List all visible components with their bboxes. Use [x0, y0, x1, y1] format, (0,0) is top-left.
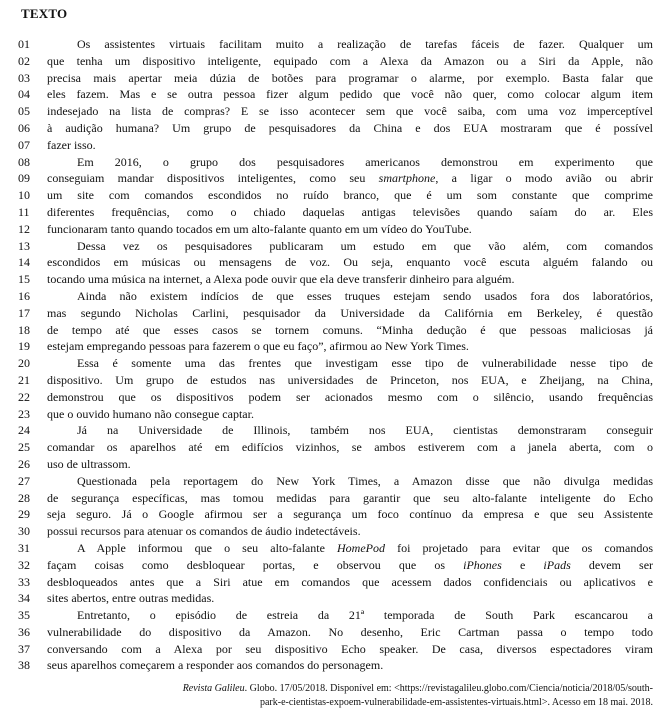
line-text: de tempo até que esses casos se tornem c… — [47, 322, 653, 339]
text-line: 15tocando uma música na internet, a Alex… — [0, 271, 668, 288]
line-text: possui recursos para atenuar os comandos… — [47, 523, 653, 540]
page-title: TEXTO — [21, 6, 67, 22]
line-number: 13 — [18, 238, 47, 255]
text-segment: foi projetado para evitar que os comando… — [385, 541, 653, 555]
text-line: 22demonstrou que os dispositivos podem s… — [0, 389, 668, 406]
text-line: 11diferentes frequências, como o chiado … — [0, 204, 668, 221]
text-segment: Questionada pela reportagem do New York … — [77, 474, 653, 488]
line-number: 02 — [18, 53, 47, 70]
line-text: Questionada pela reportagem do New York … — [47, 473, 653, 490]
text-segment: , a ligar o modo avião ou abrir — [435, 171, 653, 185]
text-body: 01Os assistentes virtuais facilitam muit… — [0, 36, 668, 674]
line-number: 32 — [18, 557, 47, 574]
text-segment: desbloqueados antes que a Siri atue em c… — [47, 575, 653, 589]
line-text: fazer isso. — [47, 137, 653, 154]
text-segment: Os assistentes virtuais facilitam muito … — [77, 37, 653, 51]
text-line: 33desbloqueados antes que a Siri atue em… — [0, 574, 668, 591]
line-text: demonstrou que os dispositivos podem ser… — [47, 389, 653, 406]
text-line: 19estejam empregando pessoas para fazere… — [0, 338, 668, 355]
line-text: precisa mais apertar meia dúzia de botõe… — [47, 70, 653, 87]
text-segment: eles fazem. Mas e se outra pessoa fizer … — [47, 87, 653, 101]
line-text: seus aparelhos começarem a responder aos… — [47, 657, 653, 674]
text-segment: funcionaram tanto quando tocados em um a… — [47, 222, 472, 236]
line-text: Essa é somente uma das frentes que inves… — [47, 355, 653, 372]
text-line: 23que o ouvido humano não consegue capta… — [0, 406, 668, 423]
text-line: 26uso de ultrassom. — [0, 456, 668, 473]
line-text: Já na Universidade de Illinois, também n… — [47, 422, 653, 439]
text-segment: um site com comandos escondidos no ruído… — [47, 188, 653, 202]
text-segment: devem ser — [571, 558, 653, 572]
line-text: que tenha um dispositivo inteligente, eq… — [47, 53, 653, 70]
text-segment: A Apple informou que o seu alto-falante — [77, 541, 337, 555]
line-text: um site com comandos escondidos no ruído… — [47, 187, 653, 204]
line-number: 10 — [18, 187, 47, 204]
line-text: uso de ultrassom. — [47, 456, 653, 473]
line-number: 12 — [18, 221, 47, 238]
line-text: conseguiam mandar dispositivos inteligen… — [47, 170, 653, 187]
text-line: 20Essa é somente uma das frentes que inv… — [0, 355, 668, 372]
line-number: 20 — [18, 355, 47, 372]
text-segment: conseguiam mandar dispositivos inteligen… — [47, 171, 379, 185]
italic-text: iPhones — [463, 558, 502, 572]
text-segment: comandar os aparelhos até em edifícios v… — [47, 440, 653, 454]
line-text: estejam empregando pessoas para fazerem … — [47, 338, 653, 355]
text-line: 30possui recursos para atenuar os comand… — [0, 523, 668, 540]
line-text: conversando com a Alexa por seu disposit… — [47, 641, 653, 658]
text-line: 06à audição humana? Um grupo de pesquisa… — [0, 120, 668, 137]
line-text: mas segundo Nicholas Carlini, pesquisado… — [47, 305, 653, 322]
line-number: 03 — [18, 70, 47, 87]
text-segment: seus aparelhos começarem a responder aos… — [47, 658, 383, 672]
text-segment: Entretanto, o episódio de estreia da 21ª… — [77, 608, 653, 622]
line-number: 01 — [18, 36, 47, 53]
text-segment: indesejado na lista de compras? E se iss… — [47, 104, 653, 118]
line-text: A Apple informou que o seu alto-falante … — [47, 540, 653, 557]
line-text: indesejado na lista de compras? E se iss… — [47, 103, 653, 120]
text-segment: conversando com a Alexa por seu disposit… — [47, 642, 653, 656]
text-line: 34sites abertos, entre outras medidas. — [0, 590, 668, 607]
text-line: 16Ainda não existem indícios de que esse… — [0, 288, 668, 305]
text-segment: à audição humana? Um grupo de pesquisado… — [47, 121, 653, 135]
line-text: Ainda não existem indícios de que esses … — [47, 288, 653, 305]
line-text: Entretanto, o episódio de estreia da 21ª… — [47, 607, 653, 624]
text-line: 18de tempo até que esses casos se tornem… — [0, 322, 668, 339]
italic-text: iPads — [543, 558, 570, 572]
text-segment: vulnerabilidade do dispositivo da Amazon… — [47, 625, 653, 639]
line-number: 31 — [18, 540, 47, 557]
line-number: 33 — [18, 574, 47, 591]
text-line: 03precisa mais apertar meia dúzia de bot… — [0, 70, 668, 87]
text-line: 29seja seguro. Já o Google afirmou ser a… — [0, 506, 668, 523]
text-segment: demonstrou que os dispositivos podem ser… — [47, 390, 653, 404]
text-segment: sites abertos, entre outras medidas. — [47, 591, 214, 605]
line-number: 34 — [18, 590, 47, 607]
text-segment: tocando uma música na internet, a Alexa … — [47, 272, 514, 286]
text-segment: estejam empregando pessoas para fazerem … — [47, 339, 469, 353]
line-number: 07 — [18, 137, 47, 154]
line-text: seja seguro. Já o Google afirmou ser a s… — [47, 506, 653, 523]
line-text: à audição humana? Um grupo de pesquisado… — [47, 120, 653, 137]
text-segment: Essa é somente uma das frentes que inves… — [77, 356, 653, 370]
line-number: 22 — [18, 389, 47, 406]
text-line: 17mas segundo Nicholas Carlini, pesquisa… — [0, 305, 668, 322]
text-line: 21dispositivo. Um grupo de estudos nas u… — [0, 372, 668, 389]
text-line: 24Já na Universidade de Illinois, também… — [0, 422, 668, 439]
line-text: façam coisas como desbloquear portas, e … — [47, 557, 653, 574]
text-segment: . Globo. 17/05/2018. Disponível em: <htt… — [245, 683, 653, 694]
text-segment: possui recursos para atenuar os comandos… — [47, 524, 361, 538]
line-number: 16 — [18, 288, 47, 305]
line-text: desbloqueados antes que a Siri atue em c… — [47, 574, 653, 591]
line-number: 06 — [18, 120, 47, 137]
text-segment: seja seguro. Já o Google afirmou ser a s… — [47, 507, 653, 521]
line-text: Dessa vez os pesquisadores publicaram um… — [47, 238, 653, 255]
text-line: 07fazer isso. — [0, 137, 668, 154]
line-text: funcionaram tanto quando tocados em um a… — [47, 221, 653, 238]
text-line: 02que tenha um dispositivo inteligente, … — [0, 53, 668, 70]
text-segment: de tempo até que esses casos se tornem c… — [47, 323, 653, 337]
line-number: 14 — [18, 254, 47, 271]
italic-text: smartphone — [379, 171, 436, 185]
text-segment: diferentes frequências, como o chiado da… — [47, 205, 653, 219]
text-line: 28de segurança específicas, mas tomou me… — [0, 490, 668, 507]
line-text: sites abertos, entre outras medidas. — [47, 590, 653, 607]
italic-text: HomePod — [337, 541, 385, 555]
line-number: 18 — [18, 322, 47, 339]
line-number: 25 — [18, 439, 47, 456]
text-segment: Já na Universidade de Illinois, também n… — [77, 423, 653, 437]
line-number: 23 — [18, 406, 47, 423]
line-number: 30 — [18, 523, 47, 540]
text-line: 13Dessa vez os pesquisadores publicaram … — [0, 238, 668, 255]
line-number: 38 — [18, 657, 47, 674]
text-segment: uso de ultrassom. — [47, 457, 131, 471]
line-number: 21 — [18, 372, 47, 389]
line-text: eles fazem. Mas e se outra pessoa fizer … — [47, 86, 653, 103]
text-line: 27Questionada pela reportagem do New Yor… — [0, 473, 668, 490]
text-line: 04eles fazem. Mas e se outra pessoa fize… — [0, 86, 668, 103]
line-number: 26 — [18, 456, 47, 473]
line-number: 36 — [18, 624, 47, 641]
text-line: 35Entretanto, o episódio de estreia da 2… — [0, 607, 668, 624]
text-segment: precisa mais apertar meia dúzia de botõe… — [47, 71, 653, 85]
text-segment: de segurança específicas, mas tomou medi… — [47, 491, 653, 505]
line-number: 08 — [18, 154, 47, 171]
text-segment: dispositivo. Um grupo de estudos nas uni… — [47, 373, 653, 387]
text-segment: fazer isso. — [47, 138, 96, 152]
text-segment: mas segundo Nicholas Carlini, pesquisado… — [47, 306, 653, 320]
text-line: 38seus aparelhos começarem a responder a… — [0, 657, 668, 674]
text-line: 09conseguiam mandar dispositivos intelig… — [0, 170, 668, 187]
text-line: 36vulnerabilidade do dispositivo da Amaz… — [0, 624, 668, 641]
text-line: 12funcionaram tanto quando tocados em um… — [0, 221, 668, 238]
source-citation: Revista Galileu. Globo. 17/05/2018. Disp… — [60, 682, 653, 709]
text-segment: Dessa vez os pesquisadores publicaram um… — [77, 239, 653, 253]
line-text: vulnerabilidade do dispositivo da Amazon… — [47, 624, 653, 641]
line-number: 27 — [18, 473, 47, 490]
line-text: dispositivo. Um grupo de estudos nas uni… — [47, 372, 653, 389]
line-number: 09 — [18, 170, 47, 187]
line-text: de segurança específicas, mas tomou medi… — [47, 490, 653, 507]
text-line: 01Os assistentes virtuais facilitam muit… — [0, 36, 668, 53]
text-line: 37conversando com a Alexa por seu dispos… — [0, 641, 668, 658]
line-text: diferentes frequências, como o chiado da… — [47, 204, 653, 221]
line-number: 11 — [18, 204, 47, 221]
line-text: Os assistentes virtuais facilitam muito … — [47, 36, 653, 53]
line-number: 24 — [18, 422, 47, 439]
line-number: 15 — [18, 271, 47, 288]
text-line: 25comandar os aparelhos até em edifícios… — [0, 439, 668, 456]
text-segment: Ainda não existem indícios de que esses … — [77, 289, 653, 303]
text-line: 31A Apple informou que o seu alto-falant… — [0, 540, 668, 557]
line-number: 29 — [18, 506, 47, 523]
text-line: 32façam coisas como desbloquear portas, … — [0, 557, 668, 574]
text-segment: park-e-cientistas-expoem-vulnerabilidade… — [260, 697, 653, 708]
text-segment: escondidos em músicas ou mensagens de vo… — [47, 255, 653, 269]
line-number: 35 — [18, 607, 47, 624]
line-number: 28 — [18, 490, 47, 507]
line-number: 37 — [18, 641, 47, 658]
document-page: TEXTO 01Os assistentes virtuais facilita… — [0, 0, 668, 715]
line-number: 17 — [18, 305, 47, 322]
text-segment: Em 2016, o grupo dos pesquisadores ameri… — [77, 155, 653, 169]
text-segment: e — [502, 558, 544, 572]
text-line: 14escondidos em músicas ou mensagens de … — [0, 254, 668, 271]
italic-text: Revista Galileu — [183, 683, 245, 694]
text-segment: façam coisas como desbloquear portas, e … — [47, 558, 463, 572]
line-text: que o ouvido humano não consegue captar. — [47, 406, 653, 423]
citation-line: park-e-cientistas-expoem-vulnerabilidade… — [60, 696, 653, 710]
line-number: 19 — [18, 338, 47, 355]
text-segment: que tenha um dispositivo inteligente, eq… — [47, 54, 653, 68]
citation-line: Revista Galileu. Globo. 17/05/2018. Disp… — [60, 682, 653, 696]
line-text: comandar os aparelhos até em edifícios v… — [47, 439, 653, 456]
text-segment: que o ouvido humano não consegue captar. — [47, 407, 254, 421]
line-number: 05 — [18, 103, 47, 120]
line-number: 04 — [18, 86, 47, 103]
text-line: 10um site com comandos escondidos no ruí… — [0, 187, 668, 204]
line-text: tocando uma música na internet, a Alexa … — [47, 271, 653, 288]
text-line: 08Em 2016, o grupo dos pesquisadores ame… — [0, 154, 668, 171]
text-line: 05indesejado na lista de compras? E se i… — [0, 103, 668, 120]
line-text: escondidos em músicas ou mensagens de vo… — [47, 254, 653, 271]
line-text: Em 2016, o grupo dos pesquisadores ameri… — [47, 154, 653, 171]
